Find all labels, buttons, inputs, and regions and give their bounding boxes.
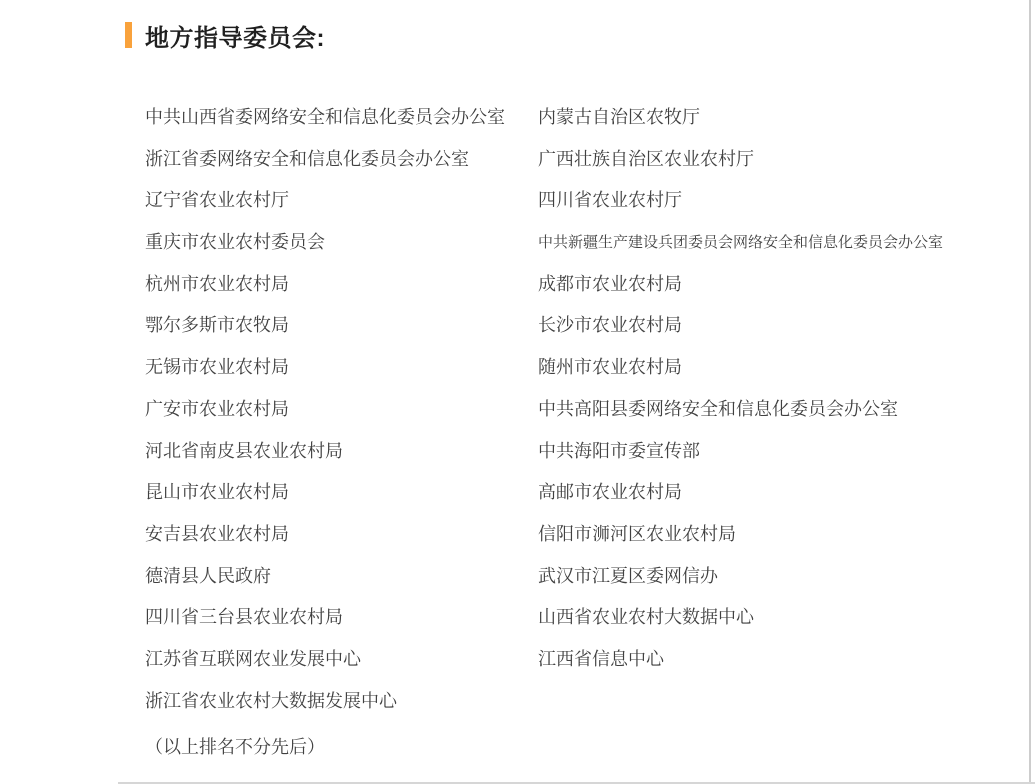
accent-bar [125,22,132,48]
list-item: 辽宁省农业农村厅 [145,180,505,222]
committee-list-right: 内蒙古自治区农牧厅 广西壮族自治区农业农村厅 四川省农业农村厅 中共新疆生产建设… [538,97,943,681]
list-item: 安吉县农业农村局 [145,514,505,556]
list-item: 随州市农业农村局 [538,347,943,389]
list-item: 成都市农业农村局 [538,264,943,306]
list-item: 河北省南皮县农业农村局 [145,431,505,473]
list-item: 山西省农业农村大数据中心 [538,597,943,639]
list-item: 内蒙古自治区农牧厅 [538,97,943,139]
list-item: 江西省信息中心 [538,639,943,681]
list-item: 中共山西省委网络安全和信息化委员会办公室 [145,97,505,139]
list-item: 浙江省农业农村大数据发展中心 [145,681,505,723]
list-item: 信阳市浉河区农业农村局 [538,514,943,556]
committee-list-left: 中共山西省委网络安全和信息化委员会办公室 浙江省委网络安全和信息化委员会办公室 … [145,97,505,769]
list-item: 长沙市农业农村局 [538,305,943,347]
list-item: 德清县人民政府 [145,556,505,598]
list-item: 昆山市农业农村局 [145,472,505,514]
list-item: 广西壮族自治区农业农村厅 [538,139,943,181]
list-item: 中共新疆生产建设兵团委员会网络安全和信息化委员会办公室 [538,222,943,264]
list-item: 无锡市农业农村局 [145,347,505,389]
list-item: 浙江省委网络安全和信息化委员会办公室 [145,139,505,181]
ranking-note: （以上排名不分先后） [145,727,505,769]
list-item: 中共高阳县委网络安全和信息化委员会办公室 [538,389,943,431]
list-item: 鄂尔多斯市农牧局 [145,305,505,347]
list-item: 武汉市江夏区委网信办 [538,556,943,598]
list-item: 高邮市农业农村局 [538,472,943,514]
list-item: 中共海阳市委宣传部 [538,431,943,473]
section-title: 地方指导委员会: [145,18,325,53]
list-item: 江苏省互联网农业发展中心 [145,639,505,681]
list-item: 广安市农业农村局 [145,389,505,431]
list-item: 四川省三台县农业农村局 [145,597,505,639]
list-item: 杭州市农业农村局 [145,264,505,306]
list-item: 四川省农业农村厅 [538,180,943,222]
right-border-line [1029,0,1031,784]
list-item: 重庆市农业农村委员会 [145,222,505,264]
